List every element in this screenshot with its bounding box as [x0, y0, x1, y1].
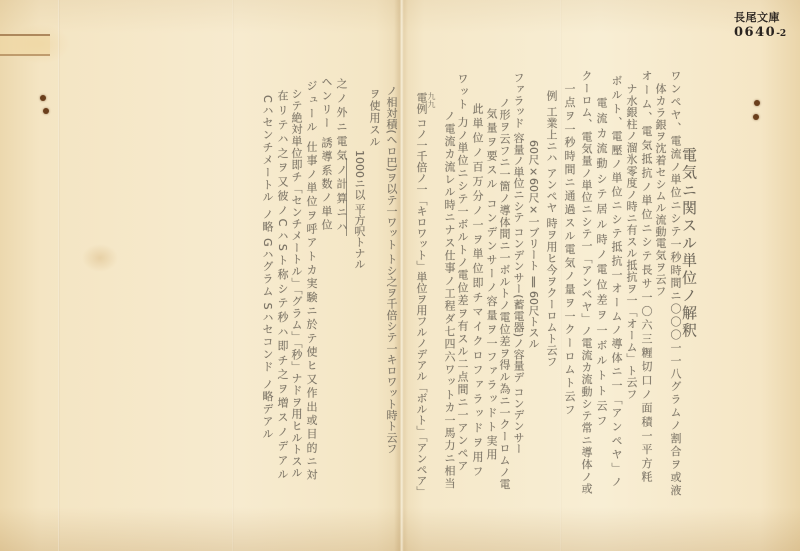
text-column: クーロム、電気量ノ単位ニシテ一「アンペヤ」ノ電流カ流動シテ常ニ導体ノ或 — [579, 70, 592, 495]
binding-hole — [40, 95, 46, 101]
text-column: 在リテハ之ヲ又彼ノCハSト称シテ秒ハ即チ之ヲ増スノデアル — [275, 90, 288, 490]
text-column: ノ相対積(ヘロ巴)ヲ以テ一ワット トシ之ヲ千倍シテ一キロワット時ト云フ — [384, 85, 397, 475]
text-column: ナ水銀柱ノ溜氷零度ノ時ニ有スル抵抗ヲ一「オーム」ト云フ — [624, 83, 637, 400]
document-title: 電気ニ関スル単位ノ解釈 — [680, 147, 697, 340]
text-column: ヲ使用スル — [367, 88, 380, 148]
paper-crease — [58, 0, 60, 551]
text-column: ワンペヤ、電流ノ単位ニシテ一秒時間ニ〇〇〇一一八グラムノ割合ヲ或液 — [668, 70, 681, 497]
text-column: ワット 力ノ単位ニシテ一ボルトノ電位差ヲ有スル二点間ニ一アンペア — [455, 73, 468, 480]
text-column: ファラッド 容量ノ単位ニシテ コンデンサー(蓄電器)ノ容量デ コンデンサー — [511, 72, 524, 490]
text-column: ノ電流カ流レル時ニナス仕事ノ工程ダ七四六ワットカ一馬力ニ相当 — [442, 110, 455, 490]
text-column: Cハセンチメートル ノ略 Gハグラム Sハセコンド ノ略デアル — [260, 95, 273, 480]
archive-catalog-number: 0640 — [734, 26, 776, 39]
archive-library-name: 長尾文庫 — [734, 12, 794, 23]
text-column: オーム、電気抵抗ノ単位ニシテ長サ一〇六三糎切口ノ面積一平方粍 — [639, 70, 652, 485]
text-column: 電例 コノ一千倍ノ一「キロワット」単位ヲ用フルノデアル「ボルト」「アンペア」 — [414, 92, 427, 490]
binding-hole — [43, 108, 49, 114]
text-column: 気量ヲ要スル コンデンサーノ容量ヲ一ファラッドト実用 — [484, 108, 497, 470]
text-column: シテ絶対単位即チ「センチメートル」「グラム」「秒」ナドヲ用ヒルトスル — [289, 88, 302, 490]
text-column: 体カラ銀ヲ沈着セシムル流動電気ヲ云フ — [653, 83, 666, 297]
binding-hole — [754, 100, 760, 106]
paper-crease — [232, 0, 234, 551]
text-column: 1000ニ以 平方呎トナル — [352, 150, 365, 290]
archive-catalog-suffix: -2 — [776, 29, 786, 39]
text-column: ボルト、電壓ノ単位ニシテ抵抗一オームノ導体ニ一「アンペヤ」ノ — [609, 75, 622, 490]
text-column: ノ形ヲ云フニ一箇ノ導体間ニ一ボルトノ電位差ヲ得ル為ニ一クーロムノ電 — [497, 97, 510, 490]
text-column: 電流カ流動シテ居ル時ノ電位差ヲ一ボルトト云フ — [594, 97, 607, 430]
text-column: ヘンリー 誘導系数ノ単位 — [319, 76, 332, 240]
archive-stamp: 長尾文庫 0640-2 — [734, 12, 794, 39]
text-column: 之ノ外ニ電気ノ計算ニハ — [334, 78, 347, 235]
binding-hole — [753, 114, 759, 120]
text-column: 此単位ノ百万分ノ一ヲ単位即チマイクロファラッドヲ用フ — [470, 103, 483, 480]
text-column: ジュール 仕事ノ単位ヲ呼アトカ実験ニ於テ使ヒ又作出或目的ニ対 — [304, 80, 317, 490]
text-column: 例 工業上ニハ アンペヤ 時ヲ用ヒ今ヲクーロムト云フ — [544, 90, 557, 390]
text-column: 一点ヲ一秒時間ニ通過スル電気ノ量ヲ一クーロムト云フ — [562, 83, 575, 417]
margin-note: 九九 — [426, 92, 437, 108]
text-column: 60尺×60尺×一ブリート ‖ 60尺トスル — [526, 140, 539, 370]
tape-strip — [0, 34, 50, 56]
